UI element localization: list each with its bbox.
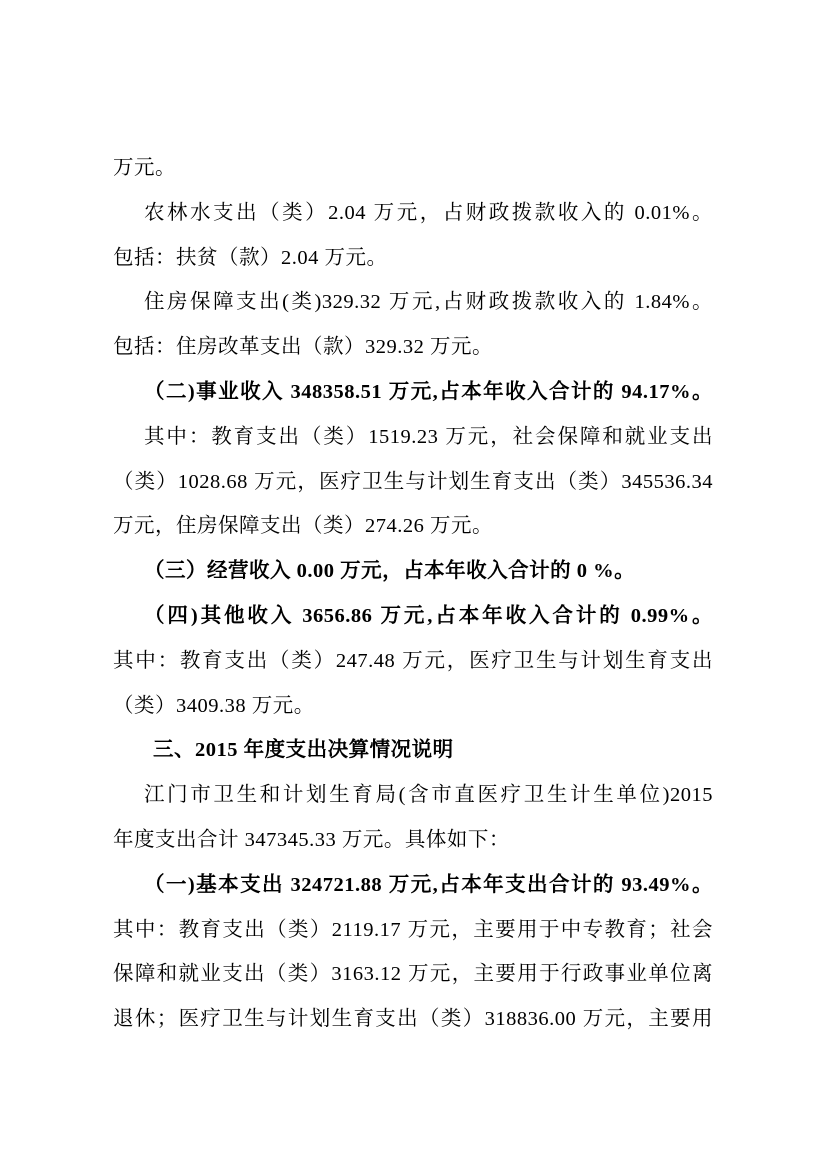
document-body: 万元。 农林水支出（类）2.04 万元，占财政拨款收入的 0.01%。 包括：扶… xyxy=(113,146,713,1042)
doc-line: （类）1028.68 万元，医疗卫生与计划生育支出（类）345536.34 xyxy=(113,460,713,505)
doc-line: 包括：住房改革支出（款）329.32 万元。 xyxy=(113,325,713,370)
document-page: 万元。 农林水支出（类）2.04 万元，占财政拨款收入的 0.01%。 包括：扶… xyxy=(0,0,827,1169)
doc-line: 万元。 xyxy=(113,146,713,191)
doc-line: 保障和就业支出（类）3163.12 万元，主要用于行政事业单位离 xyxy=(113,952,713,997)
doc-line: 包括：扶贫（款）2.04 万元。 xyxy=(113,236,713,281)
doc-heading-expense-1: （一)基本支出 324721.88 万元,占本年支出合计的 93.49%。 xyxy=(113,863,713,908)
doc-line: （类）3409.38 万元。 xyxy=(113,684,713,729)
doc-line: 其中：教育支出（类）1519.23 万元，社会保障和就业支出 xyxy=(113,415,713,460)
doc-line: 其中：教育支出（类）247.48 万元，医疗卫生与计划生育支出 xyxy=(113,639,713,684)
doc-line: 万元，住房保障支出（类）274.26 万元。 xyxy=(113,504,713,549)
doc-heading-income-3: （三）经营收入 0.00 万元，占本年收入合计的 0 %。 xyxy=(113,549,713,594)
doc-line: 其中：教育支出（类）2119.17 万元，主要用于中专教育；社会 xyxy=(113,908,713,953)
doc-heading-income-4: （四)其他收入 3656.86 万元,占本年收入合计的 0.99%。 xyxy=(113,594,713,639)
doc-line: 住房保障支出(类)329.32 万元,占财政拨款收入的 1.84%。 xyxy=(113,280,713,325)
doc-line: 农林水支出（类）2.04 万元，占财政拨款收入的 0.01%。 xyxy=(113,191,713,236)
doc-line: 年度支出合计 347345.33 万元。具体如下： xyxy=(113,818,713,863)
doc-line: 江门市卫生和计划生育局(含市直医疗卫生计生单位)2015 xyxy=(113,773,713,818)
doc-section-heading-3: 三、2015 年度支出决算情况说明 xyxy=(113,728,713,773)
doc-heading-income-2: （二)事业收入 348358.51 万元,占本年收入合计的 94.17%。 xyxy=(113,370,713,415)
doc-line: 退休；医疗卫生与计划生育支出（类）318836.00 万元，主要用 xyxy=(113,997,713,1042)
